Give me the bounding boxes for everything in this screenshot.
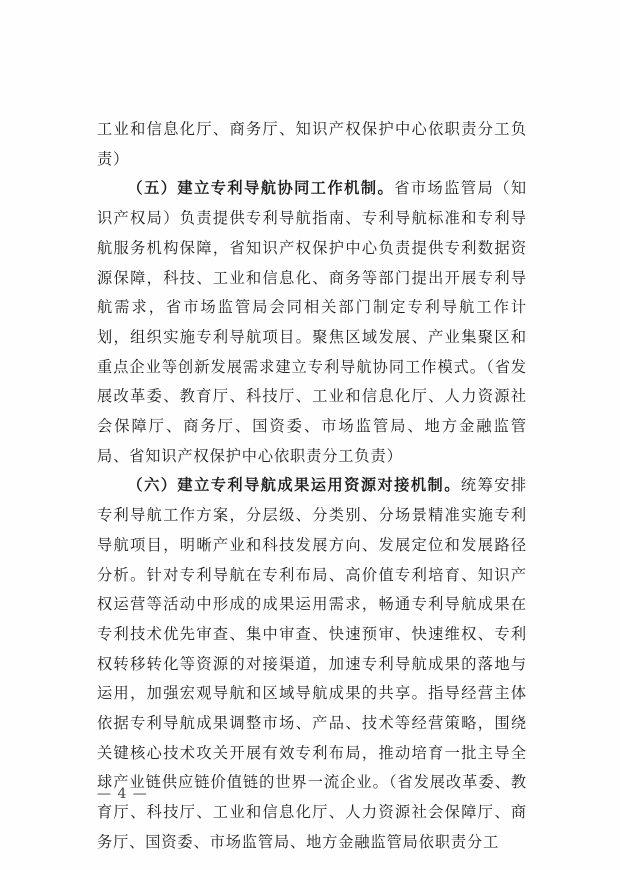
- document-page: 工业和信息化厅、商务厅、知识产权保护中心依职责分工负责） （五）建立专利导航协同…: [0, 0, 620, 870]
- paragraph-section-6: （六）建立专利导航成果运用资源对接机制。统筹安排专利导航工作方案，分层级、分类别…: [97, 471, 527, 857]
- document-body: 工业和信息化厅、商务厅、知识产权保护中心依职责分工负责） （五）建立专利导航协同…: [97, 115, 527, 858]
- page-number: — 4 —: [97, 786, 148, 802]
- paragraph-text: 统筹安排专利导航工作方案，分层级、分类别、分场景精准实施专利导航项目，明晰产业和…: [97, 476, 527, 850]
- section-heading: （五）建立专利导航协同工作机制。: [127, 179, 394, 197]
- paragraph-text: 省市场监管局（知识产权局）负责提供专利导航指南、专利导航标准和专利导航服务机构保…: [97, 179, 527, 464]
- paragraph-section-5: （五）建立专利导航协同工作机制。省市场监管局（知识产权局）负责提供专利导航指南、…: [97, 174, 527, 471]
- section-heading: （六）建立专利导航成果运用资源对接机制。: [127, 476, 461, 494]
- paragraph-text: 工业和信息化厅、商务厅、知识产权保护中心依职责分工负责）: [97, 120, 527, 168]
- paragraph-continuation: 工业和信息化厅、商务厅、知识产权保护中心依职责分工负责）: [97, 115, 527, 174]
